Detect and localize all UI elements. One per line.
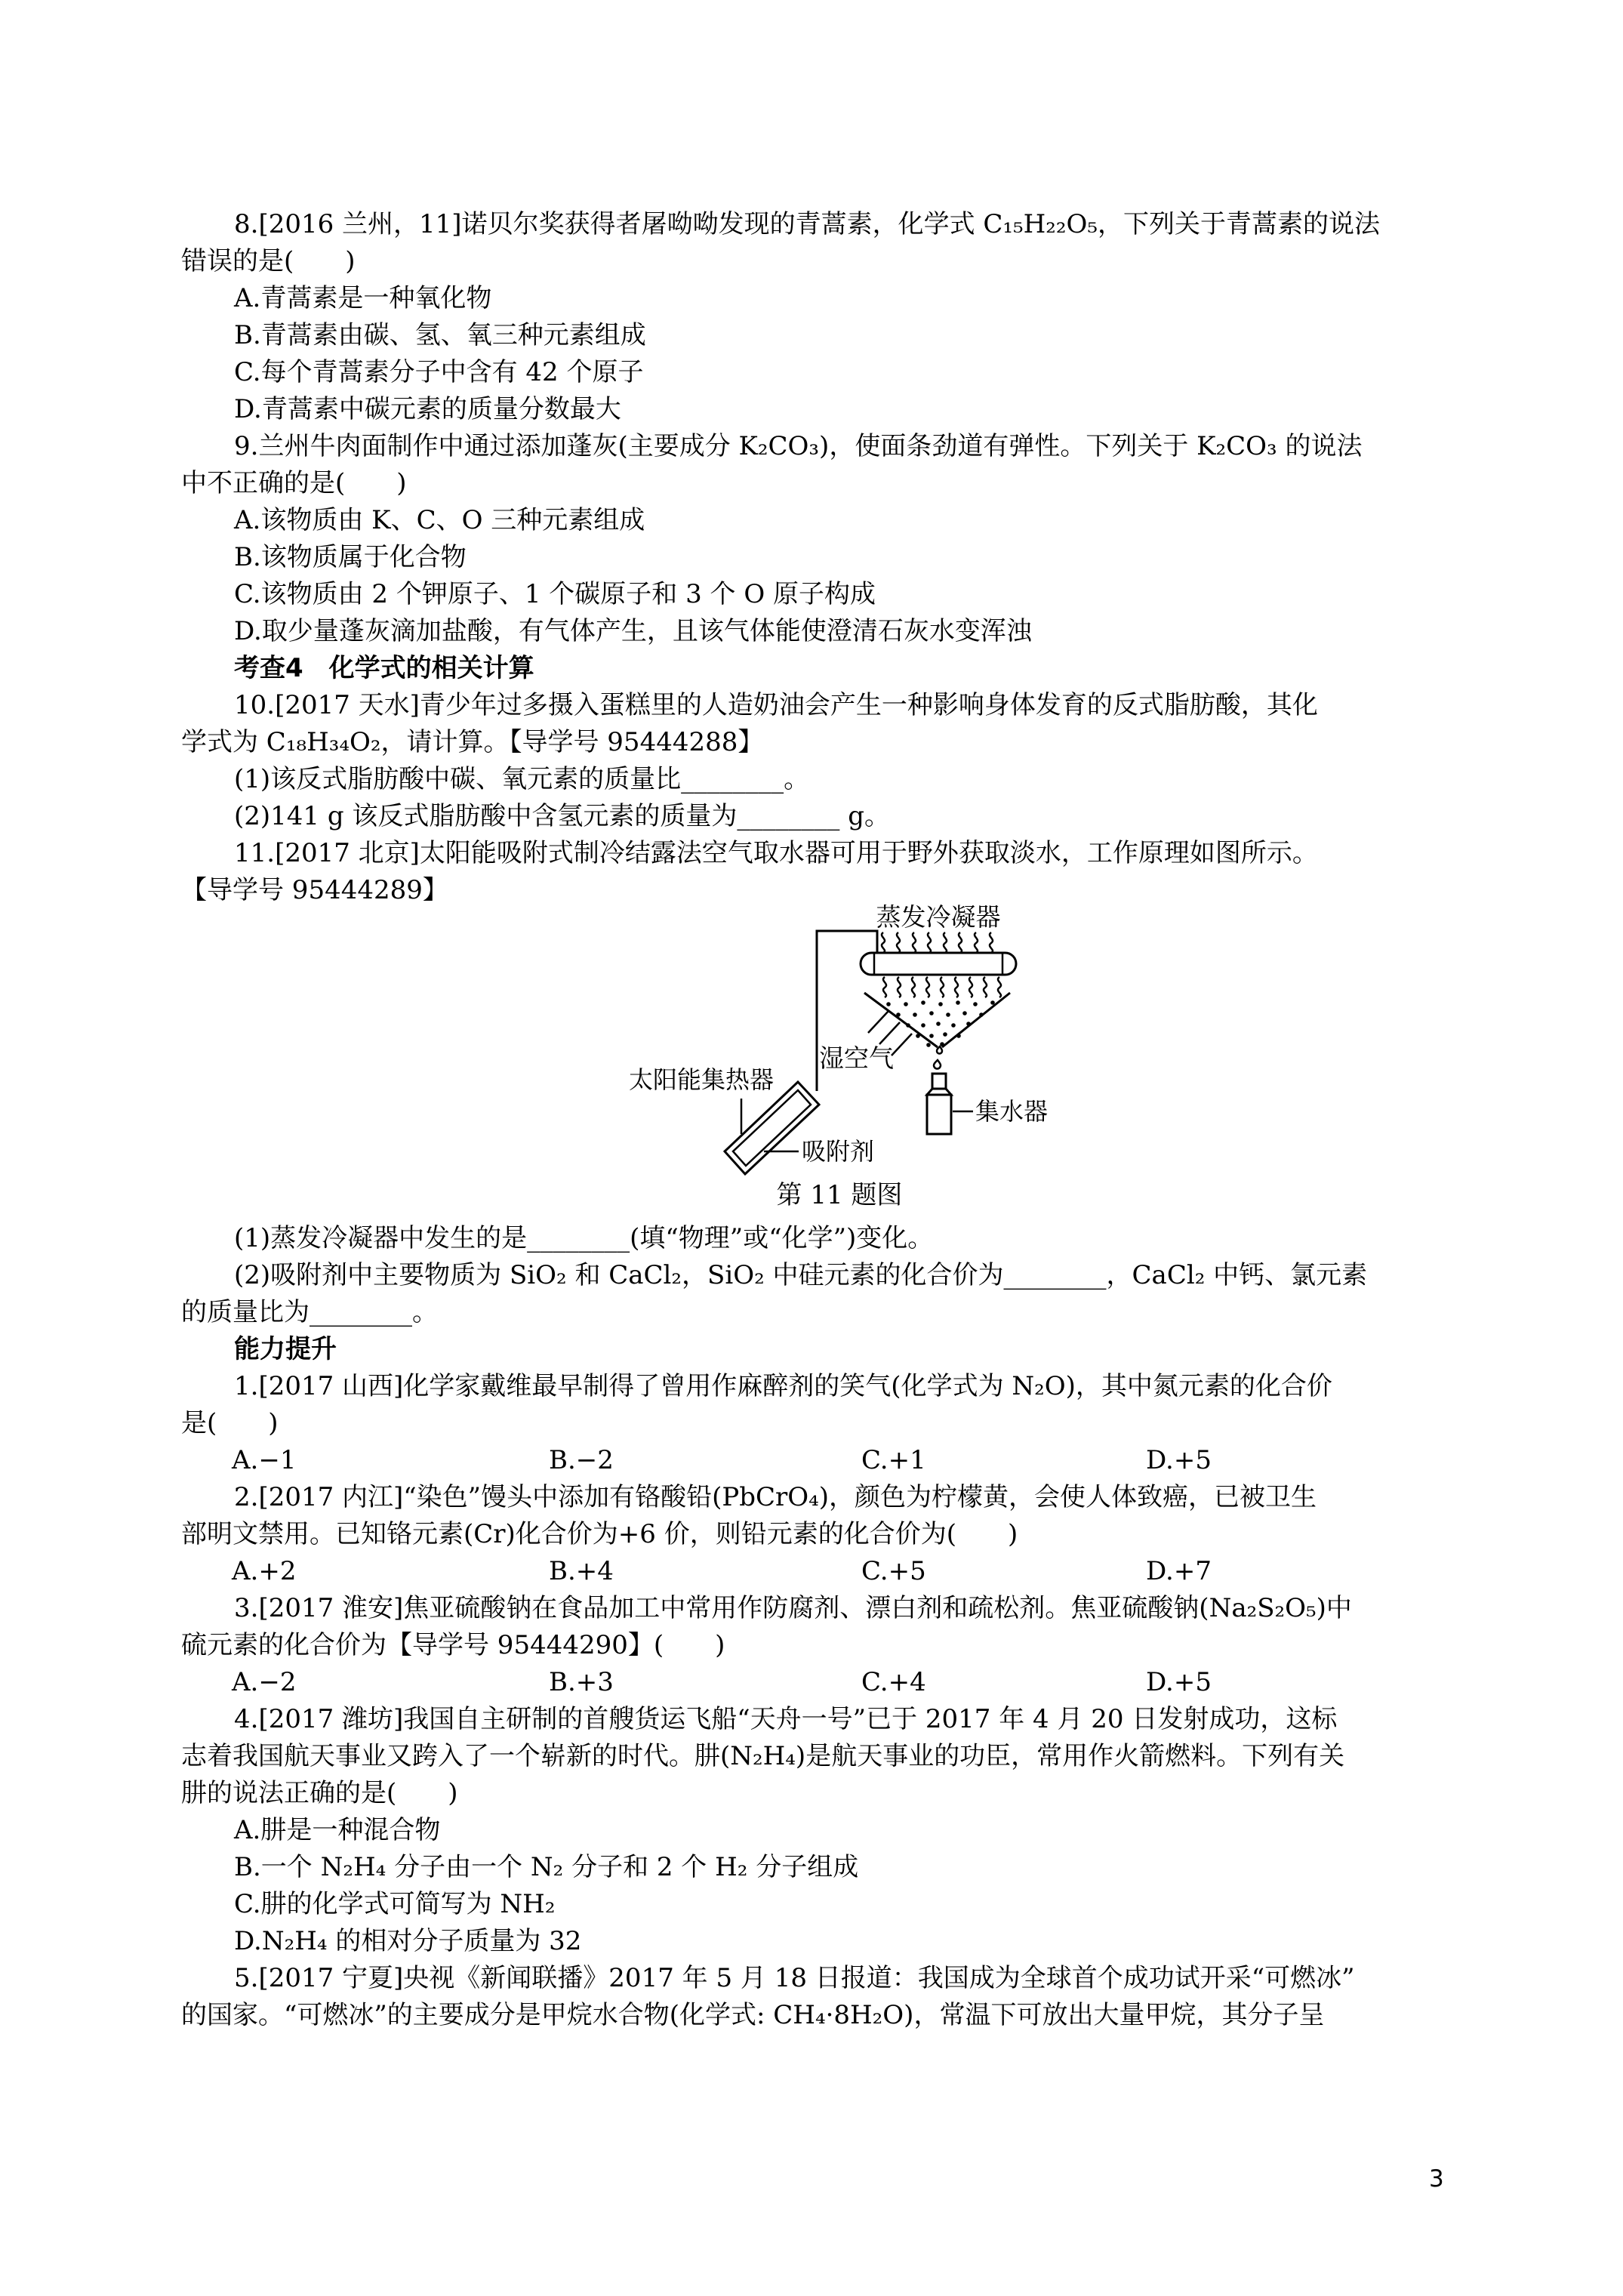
option-D: D.+7 [1146,1553,1212,1590]
vapor-lines-bottom [883,977,1001,997]
funnel [864,993,1010,1047]
text-line: 4.[2017 潍坊]我国自主研制的首艘货运飞船“天舟一号”已于 2017 年 … [181,1701,1449,1738]
text-line: 错误的是( ) [181,243,1449,280]
option-B: B.+4 [549,1553,614,1590]
text-line: 3.[2017 淮安]焦亚硫酸钠在食品加工中常用作防腐剂、漂白剂和疏松剂。焦亚硫… [181,1590,1449,1627]
vapor-lines-top [882,932,993,953]
text-line: 的质量比为________。 [181,1294,1449,1331]
humid-air-label: 湿空气 [819,1043,894,1073]
text-line: 8.[2016 兰州，11]诺贝尔奖获得者屠呦呦发现的青蒿素，化学式 C₁₅H₂… [181,206,1449,243]
falling-droplet [934,1046,942,1069]
adsorbent-label: 吸附剂 [802,1137,874,1166]
option-A: A.−1 [232,1442,296,1479]
option-D: D.+5 [1146,1442,1212,1479]
figure-caption: 第 11 题图 [777,1180,903,1210]
option-B: B.−2 [549,1442,614,1479]
text-line: 11.[2017 北京]太阳能吸附式制冷结露法空气取水器可用于野外获取淡水，工作… [181,835,1449,872]
text-line: C.每个青蒿素分子中含有 42 个原子 [181,354,1449,391]
text-line: 1.[2017 山西]化学家戴维最早制得了曾用作麻醉剂的笑气(化学式为 N₂O)… [181,1368,1449,1405]
text-line: 硫元素的化合价为【导学号 95444290】( ) [181,1627,1449,1664]
text-line: A.肼是一种混合物 [181,1812,1449,1849]
option-A: A.−2 [232,1664,296,1701]
condenser-label: 蒸发冷凝器 [876,902,1001,932]
option-C: C.+5 [861,1553,926,1590]
section-heading: 能力提升 [181,1331,1449,1368]
text-line: D.青蒿素中碳元素的质量分数最大 [181,391,1449,428]
water-collector-label: 集水器 [975,1097,1048,1126]
text-line: 肼的说法正确的是( ) [181,1775,1449,1812]
document-body: 8.[2016 兰州，11]诺贝尔奖获得者屠呦呦发现的青蒿素，化学式 C₁₅H₂… [181,206,1449,2034]
text-line: D.取少量蓬灰滴加盐酸，有气体产生，且该气体能使澄清石灰水变浑浊 [181,613,1449,650]
text-line: 是( ) [181,1405,1449,1442]
text-line: D.N₂H₄ 的相对分子质量为 32 [181,1923,1449,1960]
text-line: C.该物质由 2 个钾原子、1 个碳原子和 3 个 O 原子构成 [181,576,1449,613]
text-line: B.一个 N₂H₄ 分子由一个 N₂ 分子和 2 个 H₂ 分子组成 [181,1849,1449,1886]
option-D: D.+5 [1146,1664,1212,1701]
text-line: B.青蒿素由碳、氢、氧三种元素组成 [181,317,1449,354]
page-number: 3 [1429,2165,1444,2193]
text-line: 志着我国航天事业又跨入了一个崭新的时代。肼(N₂H₄)是航天事业的功臣，常用作火… [181,1738,1449,1775]
options-row: A.−2B.+3C.+4D.+5 [181,1664,1449,1701]
text-line: 学式为 C₁₈H₃₄O₂，请计算。【导学号 95444288】 [181,724,1449,761]
option-A: A.+2 [232,1553,296,1590]
apparatus-diagram: 蒸发冷凝器 湿空气 太阳能集热器 吸附剂 集水器 第 11 题图 [619,891,1057,1220]
water-collector-bottle [927,1074,973,1134]
solar-collector-label: 太阳能集热器 [629,1065,774,1094]
text-line: B.该物质属于化合物 [181,539,1449,576]
options-row: A.−1B.−2C.+1D.+5 [181,1442,1449,1479]
text-line: (1)该反式脂肪酸中碳、氧元素的质量比________。 [181,761,1449,798]
question-11-figure: 蒸发冷凝器 湿空气 太阳能集热器 吸附剂 集水器 第 11 题图 [181,909,1449,1220]
text-line: (2)141 g 该反式脂肪酸中含氢元素的质量为________ g。 [181,798,1449,835]
option-C: C.+4 [861,1664,926,1701]
text-line: 的国家。“可燃冰”的主要成分是甲烷水合物(化学式: CH₄·8H₂O)，常温下可… [181,1997,1449,2034]
options-row: A.+2B.+4C.+5D.+7 [181,1553,1449,1590]
section-heading: 考查4 化学式的相关计算 [181,650,1449,687]
text-line: 2.[2017 内江]“染色”馒头中添加有铬酸铅(PbCrO₄)，颜色为柠檬黄，… [181,1479,1449,1516]
condensed-droplets [886,1000,995,1047]
text-line: A.该物质由 K、C、O 三种元素组成 [181,502,1449,539]
text-line: A.青蒿素是一种氧化物 [181,280,1449,317]
text-line: 中不正确的是( ) [181,465,1449,502]
text-line: C.肼的化学式可简写为 NH₂ [181,1886,1449,1923]
text-line: (1)蒸发冷凝器中发生的是________(填“物理”或“化学”)变化。 [181,1220,1449,1257]
text-line: 部明文禁用。已知铬元素(Cr)化合价为+6 价，则铅元素的化合价为( ) [181,1516,1449,1553]
text-line: 5.[2017 宁夏]央视《新闻联播》2017 年 5 月 18 日报道：我国成… [181,1960,1449,1997]
text-line: (2)吸附剂中主要物质为 SiO₂ 和 CaCl₂，SiO₂ 中硅元素的化合价为… [181,1257,1449,1294]
text-line: 10.[2017 天水]青少年过多摄入蛋糕里的人造奶油会产生一种影响身体发育的反… [181,687,1449,724]
option-C: C.+1 [861,1442,926,1479]
option-B: B.+3 [549,1664,614,1701]
text-line: 9.兰州牛肉面制作中通过添加蓬灰(主要成分 K₂CO₃)，使面条劲道有弹性。下列… [181,428,1449,465]
condenser-capsule [861,953,1016,975]
